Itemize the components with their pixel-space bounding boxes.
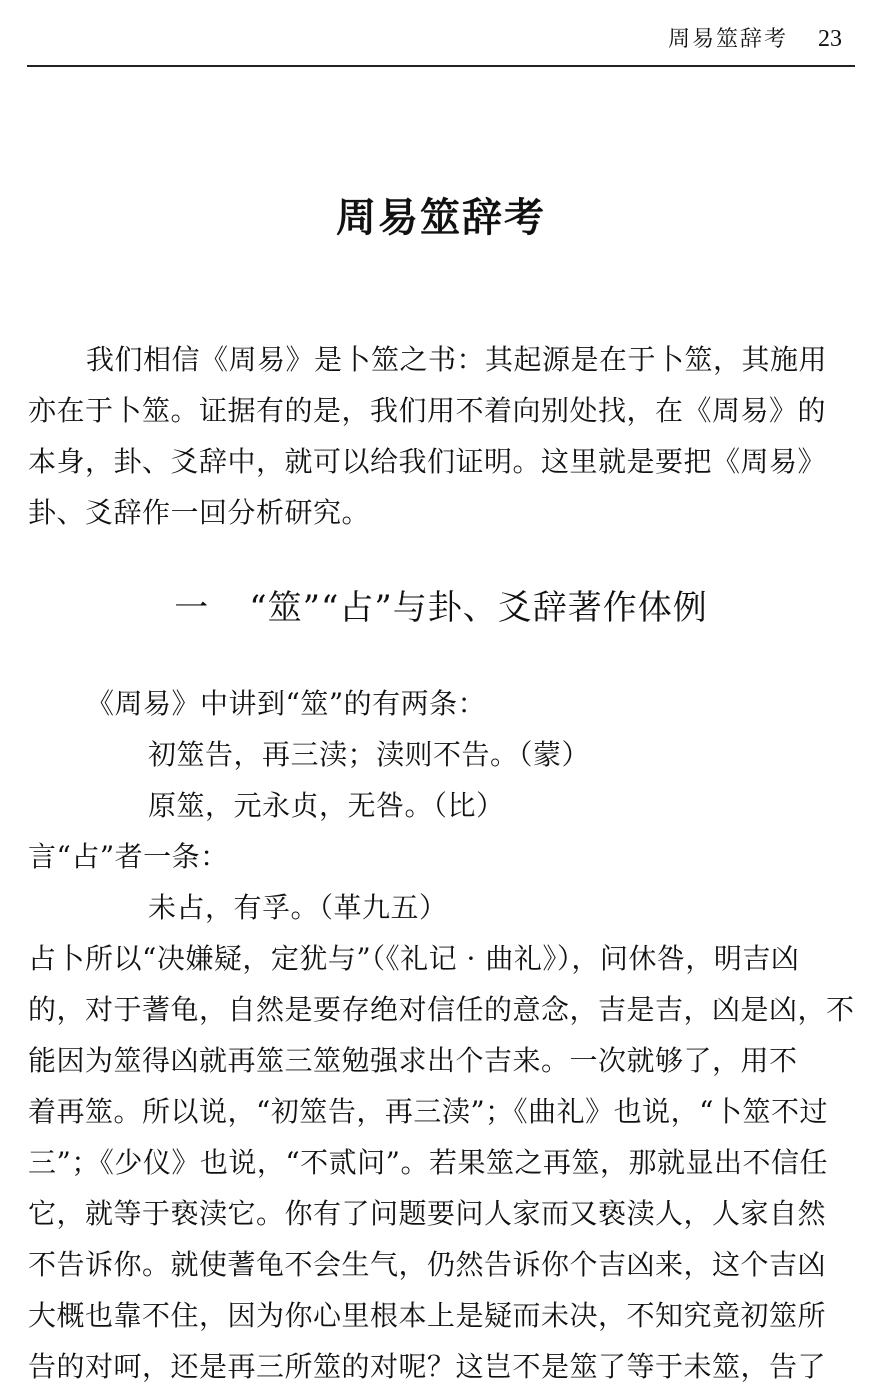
chapter-title: 周易筮辞考 [0,186,882,243]
body-line: 言“占”者一条： [28,831,856,882]
quote-line: 初筮告，再三渎；渎则不告。（蒙） [28,729,856,780]
quote-line: 原筮，元永贞，无咎。（比） [28,780,856,831]
body-line: 《周易》中讲到“筮”的有两条： [28,678,856,729]
intro-line: 本身，卦、爻辞中，就可以给我们证明。这里就是要把《周易》 [28,436,856,487]
intro-paragraph: 我们相信《周易》是卜筮之书：其起源是在于卜筮，其施用 亦在于卜筮。证据有的是，我… [28,334,856,538]
header-rule [27,65,855,67]
body-line: 的，对于蓍龟，自然是要存绝对信任的意念，吉是吉，凶是凶，不 [28,984,856,1035]
body-line: 能因为筮得凶就再筮三筮勉强求出个吉来。一次就够了，用不 [28,1035,856,1086]
body-text: 《周易》中讲到“筮”的有两条： 初筮告，再三渎；渎则不告。（蒙） 原筮，元永贞，… [28,678,856,1388]
quote-line: 未占，有孚。（革九五） [28,882,856,933]
running-head-title: 周易筮辞考 [668,22,788,53]
body-line: 三”；《少仪》也说，“不贰问”。若果筮之再筮，那就显出不信任 [28,1137,856,1188]
body-line: 不告诉你。就使蓍龟不会生气，仍然告诉你个吉凶来，这个吉凶 [28,1239,856,1290]
intro-line: 卦、爻辞作一回分析研究。 [28,487,856,538]
section-heading: 一“筮”“占”与卦、爻辞著作体例 [0,580,882,629]
intro-line: 亦在于卜筮。证据有的是，我们用不着向别处找，在《周易》的 [28,385,856,436]
section-title: “筮”“占”与卦、爻辞著作体例 [249,588,708,628]
body-line: 着再筮。所以说，“初筮告，再三渎”；《曲礼》也说，“卜筮不过 [28,1086,856,1137]
body-line: 大概也靠不住，因为你心里根本上是疑而未决，不知究竟初筮所 [28,1290,856,1341]
intro-line: 我们相信《周易》是卜筮之书：其起源是在于卜筮，其施用 [28,334,856,385]
body-line: 占卜所以“决嫌疑，定犹与”（《礼记 · 曲礼》），问休咎，明吉凶 [28,933,856,984]
body-line: 告的对呵，还是再三所筮的对呢？这岂不是筮了等于未筮，告了 [28,1341,856,1388]
running-head: 周易筮辞考 23 [668,22,842,53]
body-line: 它，就等于亵渎它。你有了问题要问人家而又亵渎人，人家自然 [28,1188,856,1239]
section-number: 一 [174,588,209,628]
page-number: 23 [818,26,842,53]
